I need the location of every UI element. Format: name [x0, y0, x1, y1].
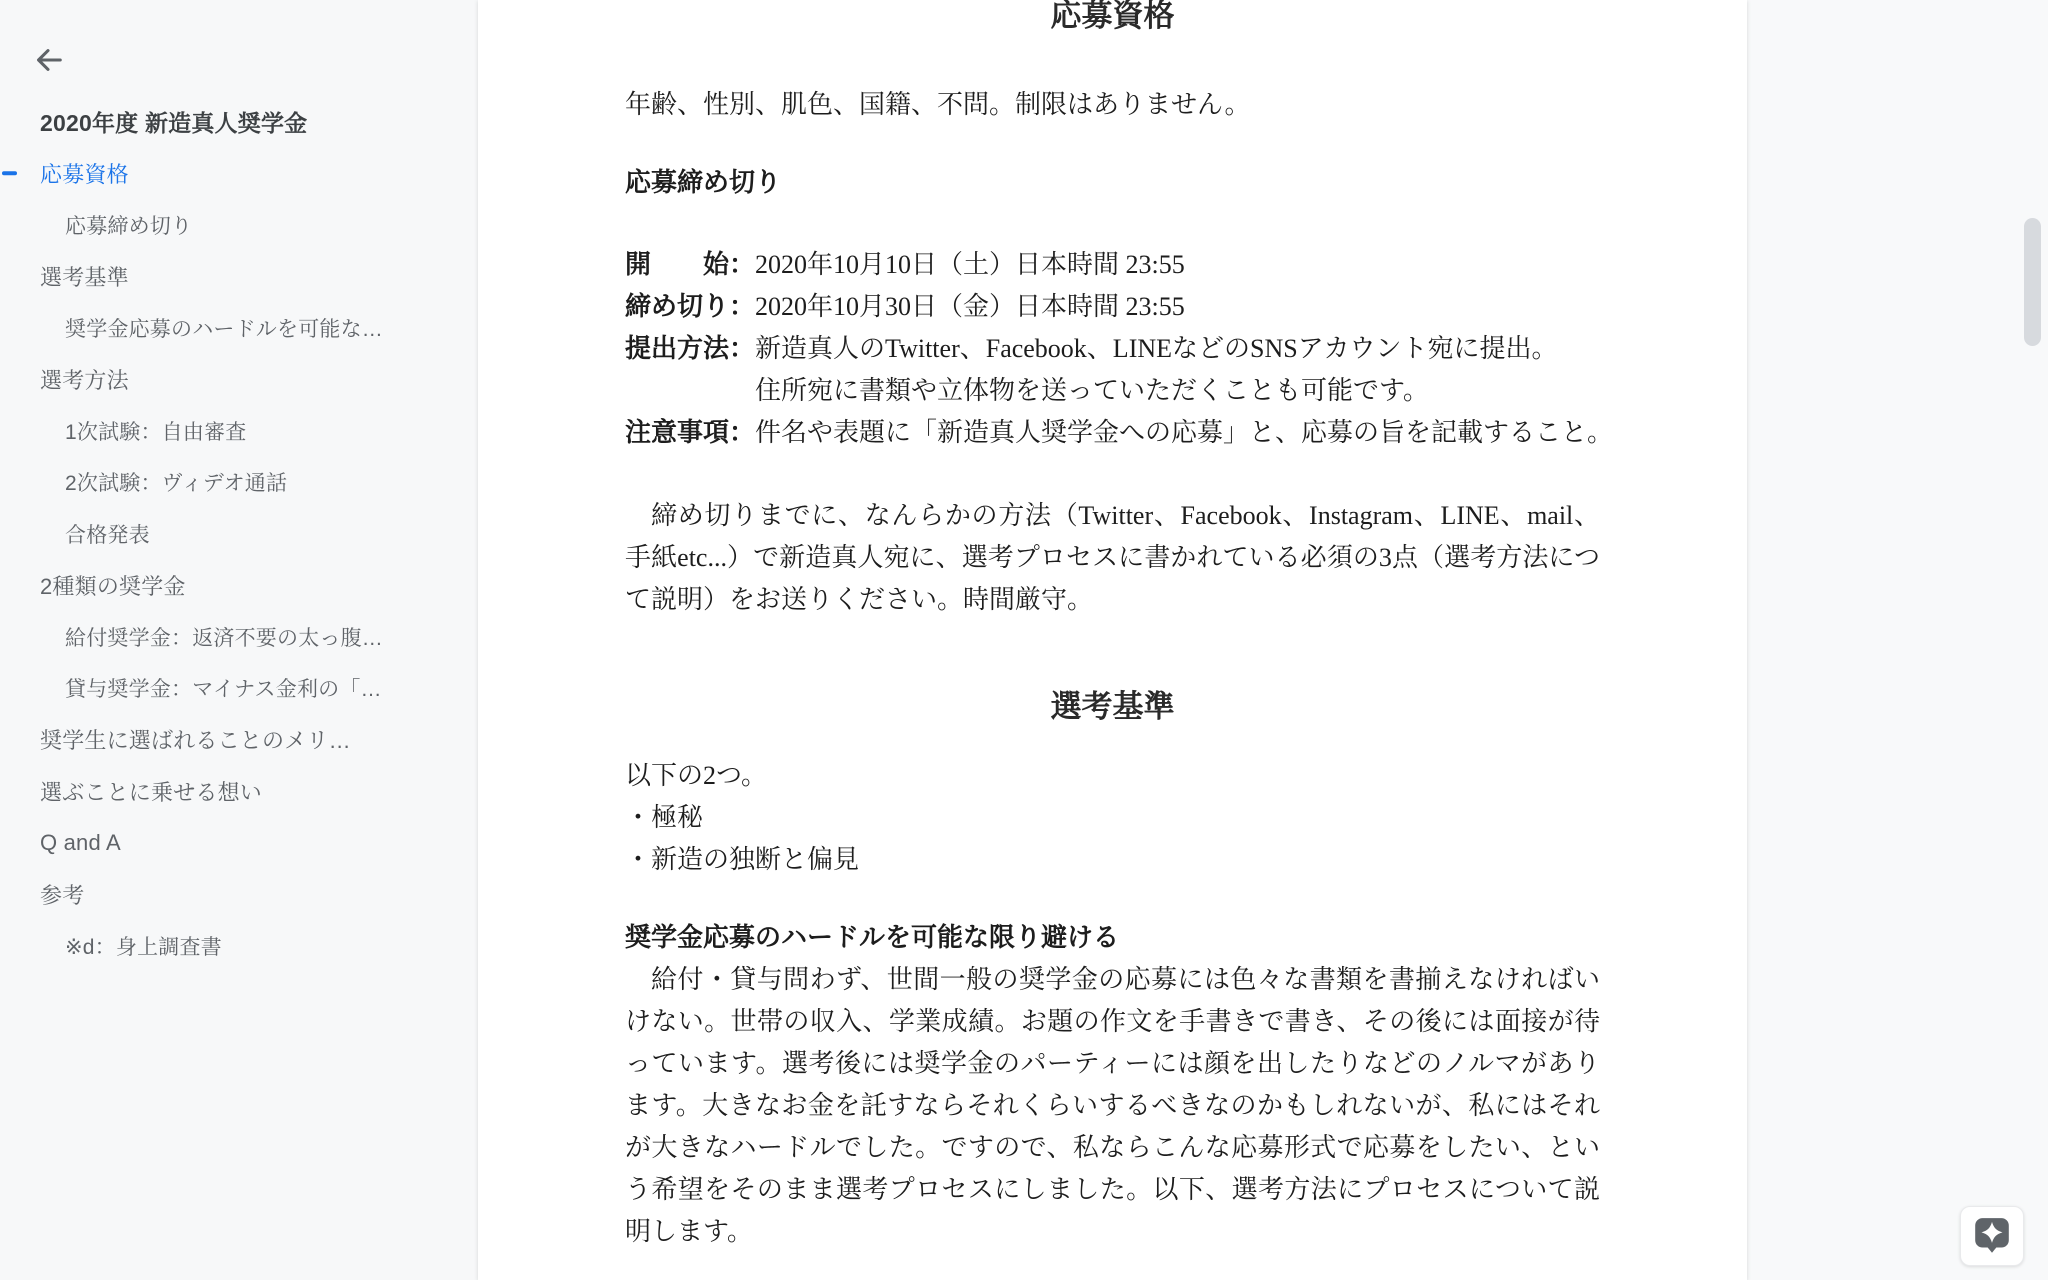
schedule-text: 2020年10月30日（金）日本時間 23:55 [755, 292, 1185, 321]
outline-item-qanda[interactable]: Q and A [0, 817, 478, 869]
schedule-text: 住所宛に書類や立体物を送っていただくことも可能です。 [755, 376, 1429, 405]
outline-item-shiken-2[interactable]: 2次試験：ヴィデオ通話 [0, 457, 478, 509]
outline-item-goukaku[interactable]: 合格発表 [0, 508, 478, 560]
outline-item-senkou-houhou[interactable]: 選考方法 [0, 354, 478, 406]
intro-paragraph: 年齢、性別、肌色、国籍、不問。制限はありません。 [625, 84, 1600, 126]
outline-sidebar: 2020年度 新造真人奨学金 応募資格 応募締め切り 選考基準 奨学金応募のハー… [0, 0, 478, 1280]
scrollbar-thumb[interactable] [2024, 218, 2041, 346]
criteria-item: ・極秘 [625, 797, 1600, 839]
outline-doc-title[interactable]: 2020年度 新造真人奨学金 [0, 96, 478, 148]
schedule-label: 提出方法： [625, 334, 755, 363]
outline-item-sankou[interactable]: 参考 [0, 869, 478, 921]
schedule-row-method: 提出方法：新造真人のTwitter、Facebook、LINEなどのSNSアカウ… [625, 328, 1600, 370]
document-page: 応募資格 年齢、性別、肌色、国籍、不問。制限はありません。 応募締め切り 開 始… [478, 0, 1747, 1280]
criteria-intro: 以下の2つ。 [625, 755, 1600, 797]
outline-item-oubo-shikaku[interactable]: 応募資格 [0, 148, 478, 200]
schedule-row-note: 注意事項：件名や表題に「新造真人奨学金への応募」と、応募の旨を記載すること。 [625, 412, 1600, 454]
schedule-block: 開 始：2020年10月10日（土）日本時間 23:55 締め切り：2020年1… [625, 244, 1600, 454]
heading-senkou-kijun: 選考基準 [625, 687, 1600, 727]
subheading-shimekiri: 応募締め切り [625, 162, 1600, 204]
criteria-block: 以下の2つ。 ・極秘 ・新造の独断と偏見 [625, 755, 1600, 881]
schedule-label: 締め切り： [625, 292, 755, 321]
outline-item-shiken-1[interactable]: 1次試験：自由審査 [0, 405, 478, 457]
criteria-item: ・新造の独断と偏見 [625, 839, 1600, 881]
hurdle-paragraph: 給付・貸与問わず、世間一般の奨学金の応募には色々な書類を書揃えなければいけない。… [625, 959, 1600, 1253]
outline-item-senkou-kijun[interactable]: 選考基準 [0, 251, 478, 303]
schedule-row-method-cont: 住所宛に書類や立体物を送っていただくことも可能です。 [625, 370, 1600, 412]
schedule-text: 新造真人のTwitter、Facebook、LINEなどのSNSアカウント宛に提… [755, 334, 1557, 363]
outline-item-oubo-shimekiri[interactable]: 応募締め切り [0, 199, 478, 251]
schedule-label: 開 始： [625, 250, 755, 279]
schedule-text: 2020年10月10日（土）日本時間 23:55 [755, 250, 1185, 279]
schedule-row-start: 開 始：2020年10月10日（土）日本時間 23:55 [625, 244, 1600, 286]
outline-item-omoi[interactable]: 選ぶことに乗せる想い [0, 766, 478, 818]
outline-item-kyuufu[interactable]: 給付奨学金：返済不要の太っ腹… [0, 611, 478, 663]
outline-list: 2020年度 新造真人奨学金 応募資格 応募締め切り 選考基準 奨学金応募のハー… [0, 96, 478, 972]
back-button[interactable] [28, 40, 68, 80]
heading-oubo-shikaku: 応募資格 [625, 0, 1600, 36]
outline-item-hurdle[interactable]: 奨学金応募のハードルを可能な… [0, 302, 478, 354]
back-arrow-icon [31, 43, 65, 77]
schedule-label: 注意事項： [625, 418, 755, 447]
subheading-hurdle: 奨学金応募のハードルを可能な限り避ける [625, 917, 1600, 959]
outline-item-taiyo[interactable]: 貸与奨学金：マイナス金利の「… [0, 663, 478, 715]
sparkle-bubble-icon [1971, 1215, 2013, 1257]
extension-button[interactable] [1960, 1206, 2024, 1266]
outline-item-shurui[interactable]: 2種類の奨学金 [0, 560, 478, 612]
submission-paragraph: 締め切りまでに、なんらかの方法（Twitter、Facebook、Instagr… [625, 495, 1600, 621]
outline-item-merit[interactable]: 奨学生に選ばれることのメリ… [0, 714, 478, 766]
outline-item-shinjou[interactable]: ※d：身上調査書 [0, 920, 478, 972]
schedule-row-deadline: 締め切り：2020年10月30日（金）日本時間 23:55 [625, 286, 1600, 328]
schedule-text: 件名や表題に「新造真人奨学金への応募」と、応募の旨を記載すること。 [755, 418, 1613, 447]
